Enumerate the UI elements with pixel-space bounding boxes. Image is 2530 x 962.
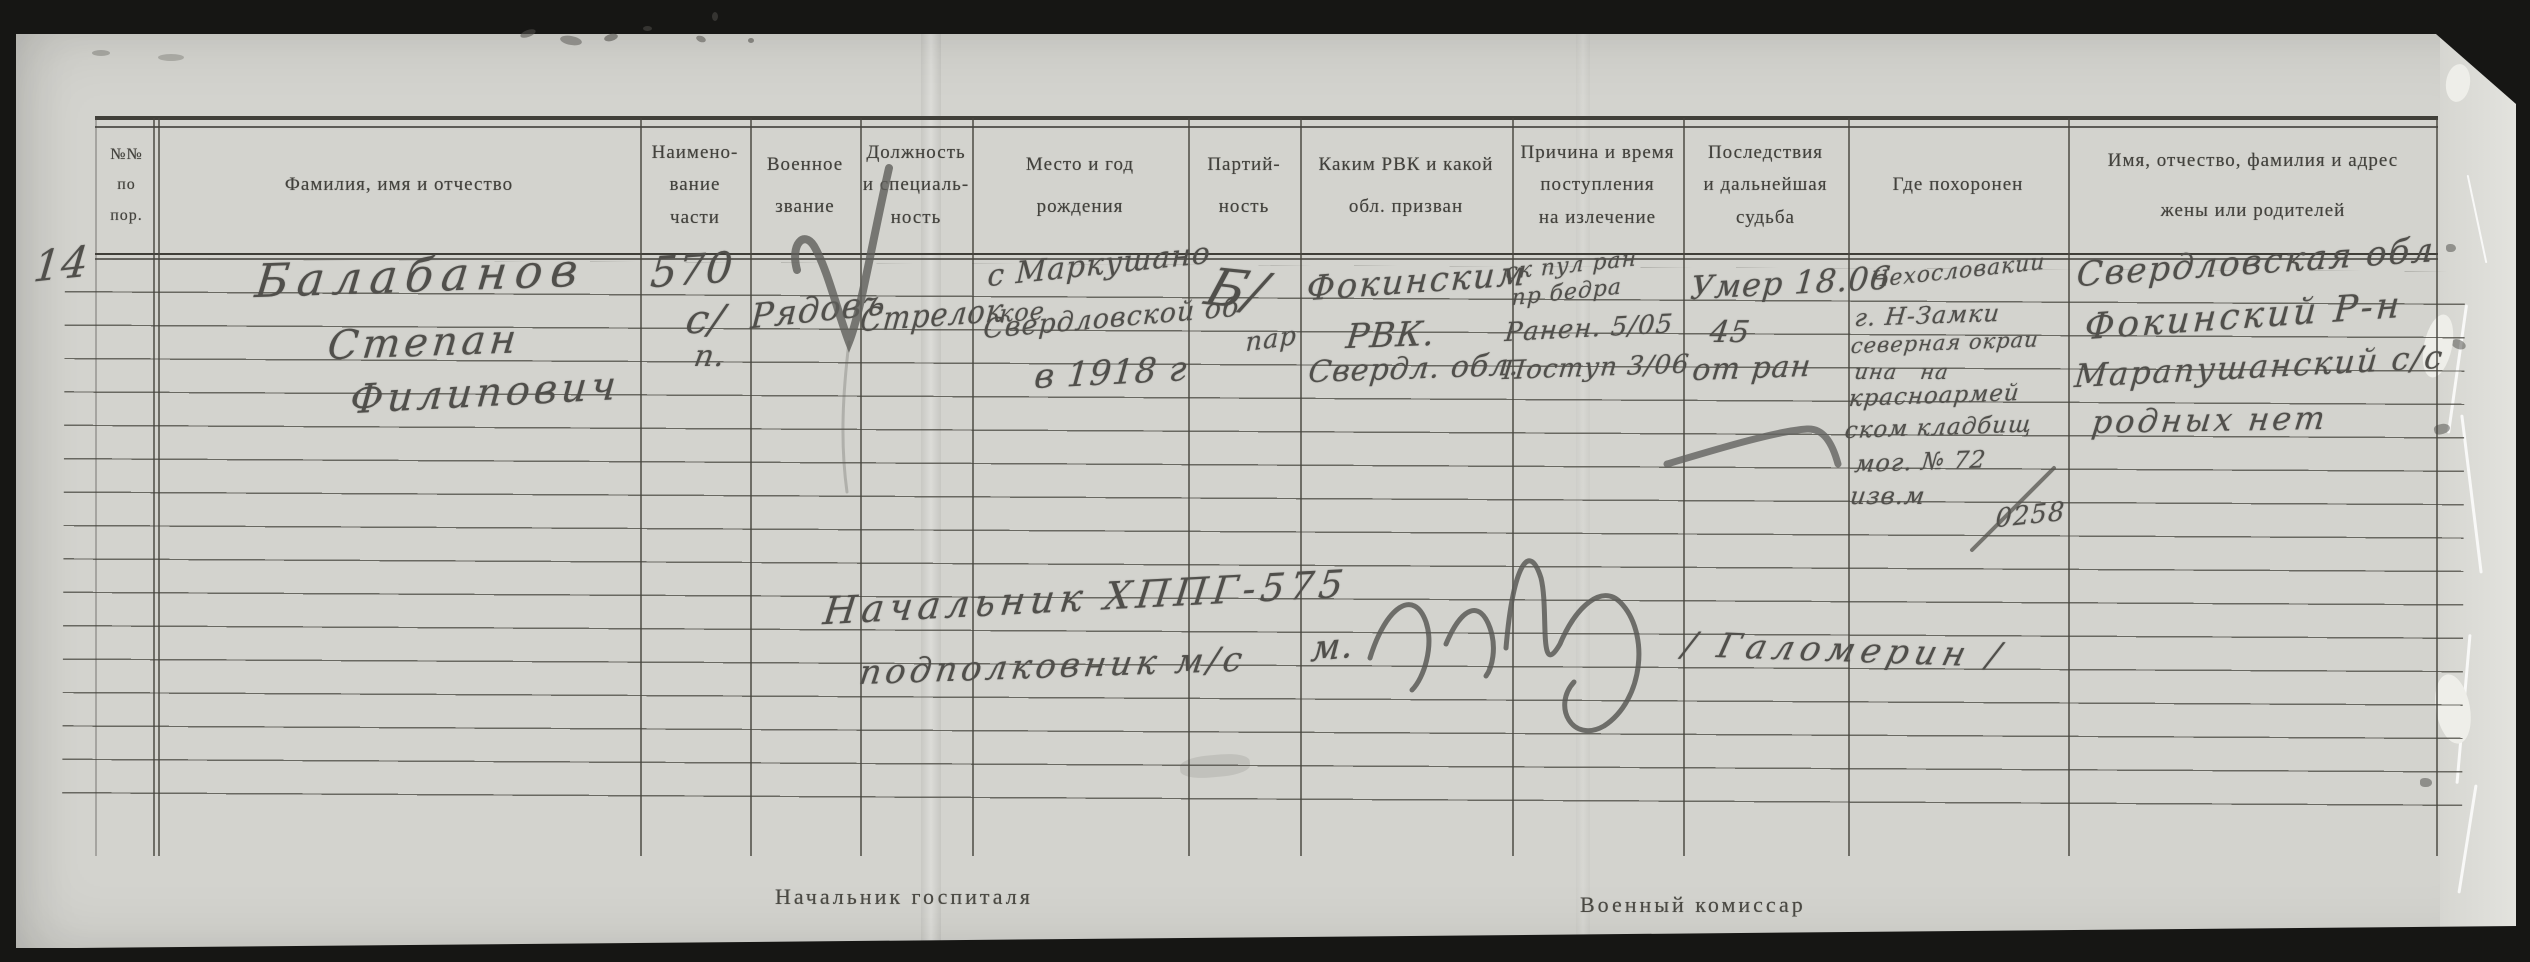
- entry-rvk-line-3: Свердл. обл.: [1307, 351, 1522, 389]
- column-header-rvk: Каким РВК и какой обл. призван: [1300, 118, 1512, 253]
- entry-outcome-line-2: 45: [1708, 318, 1752, 348]
- entry-burial-line-8: изв.м: [1849, 484, 1927, 508]
- entry-party-line-2: пар: [1245, 323, 1297, 357]
- ink-smudge: [158, 54, 184, 61]
- entry-burial-line-7: мог. № 72: [1853, 447, 1987, 476]
- column-header-unit: Наимено- вание части: [640, 118, 750, 253]
- footer-left-label: Начальник госпиталя: [775, 884, 1033, 910]
- signature-initial: м.: [1309, 627, 1355, 668]
- column-header-party: Партий- ность: [1188, 118, 1300, 253]
- column-header-birth: Место и год рождения: [972, 118, 1188, 253]
- entry-burial-line-5: красноармей: [1848, 382, 2021, 411]
- column-header-name: Фамилия, имя и отчество: [158, 118, 640, 253]
- ink-smudge: [748, 38, 754, 43]
- entry-rvk-line-2: РВК.: [1344, 317, 1437, 354]
- column-header-number: №№ по пор.: [95, 118, 158, 253]
- paper-stain: [2446, 244, 2456, 252]
- entry-outcome-line-1: Умер 18.06: [1689, 261, 1892, 304]
- column-header-outcome: Последствия и дальнейшая судьба: [1683, 118, 1848, 253]
- entry-unit-suffix-2: п.: [692, 342, 728, 372]
- entry-burial-line-4: ина на: [1853, 362, 1950, 383]
- entry-birth-line-4: в 1918 г: [1033, 352, 1189, 394]
- entry-unit-suffix-1: с/: [683, 300, 728, 340]
- ink-smudge: [92, 50, 110, 56]
- scanned-record-page: №№ по пор. Фамилия, имя и отчество Наиме…: [0, 0, 2530, 962]
- entry-surname: Балабанов: [253, 246, 588, 304]
- row-number: 14: [32, 240, 92, 288]
- ink-smudge: [712, 12, 718, 21]
- register-table: №№ по пор. Фамилия, имя и отчество Наиме…: [95, 118, 2438, 856]
- entry-burial-line-2: г. Н-Замки: [1853, 301, 2001, 330]
- entry-unit-number: 570: [649, 246, 735, 294]
- entry-relatives-line-4: родных нет: [2090, 402, 2330, 438]
- paper-crease: [2467, 175, 2488, 263]
- ink-smudge: [643, 26, 652, 31]
- column-header-specialty: Должность и специаль- ность: [860, 118, 972, 253]
- entry-outcome-line-3: от ран: [1691, 352, 1813, 386]
- column-header-admission: Причина и время поступления на излечение: [1512, 118, 1683, 253]
- column-header-rank: Военное звание: [750, 118, 860, 253]
- entry-first-name: Степан: [326, 319, 522, 366]
- footer-right-label: Военный комиссар: [1580, 892, 1806, 918]
- entry-burial-line-9: 0258: [1995, 499, 2066, 533]
- entry-admission-line-4: Поступ 3/06: [1501, 351, 1691, 384]
- column-header-burial: Где похоронен: [1848, 118, 2068, 253]
- commissar-signature-name: / Галомерин /: [1680, 628, 2010, 673]
